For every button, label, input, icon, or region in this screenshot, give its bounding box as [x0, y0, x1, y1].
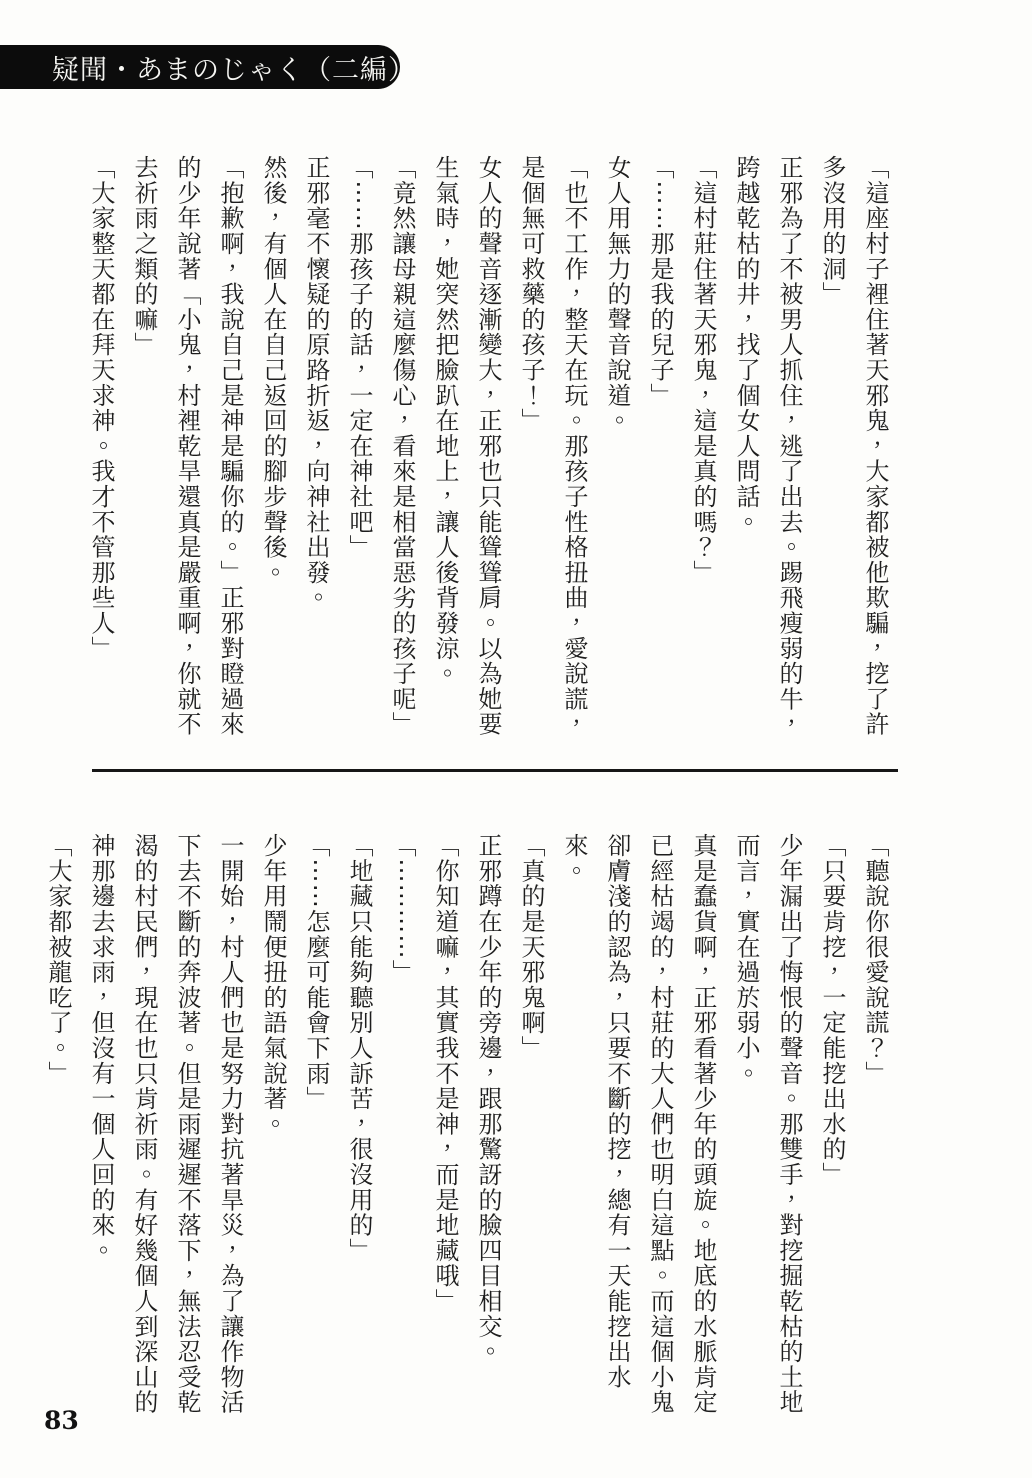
text-section-bottom: 「聽說你很愛說謊？」 「只要肯挖，一定能挖出水的」 少年漏出了悔恨的聲音。那雙手…: [36, 833, 896, 1439]
paragraph: 「⋯⋯怎麼可能會下雨」: [294, 833, 337, 1439]
section-divider-rule: [92, 769, 898, 772]
paragraph: 正邪為了不被男人抓住，逃了出去。踢飛瘦弱的牛，跨越乾枯的井，找了個女人問話。: [724, 155, 810, 749]
chapter-title-badge: 疑聞・あまのじゃく（二編）: [0, 45, 400, 89]
paragraph: 真是蠢貨啊，正邪看著少年的頭旋。地底的水脈肯定已經枯竭的，村莊的大人們也明白這點…: [552, 833, 724, 1439]
paragraph: 「這座村子裡住著天邪鬼，大家都被他欺騙，挖了許多沒用的洞」: [810, 155, 896, 749]
paragraph: 少年漏出了悔恨的聲音。那雙手，對挖掘乾枯的土地而言，實在過於弱小。: [724, 833, 810, 1439]
paragraph: 然後，有個人在自己返回的腳步聲後。: [251, 155, 294, 749]
paragraph: 「⋯⋯那孩子的話，一定在神社吧」: [337, 155, 380, 749]
paragraph: 「真的是天邪鬼啊」: [509, 833, 552, 1439]
paragraph: 「地藏只能夠聽別人訴苦，很沒用的」: [337, 833, 380, 1439]
paragraph: 「竟然讓母親這麼傷心，看來是相當惡劣的孩子呢」: [380, 155, 423, 749]
paragraph: 「聽說你很愛說謊？」: [853, 833, 896, 1439]
paragraph: 「只要肯挖，一定能挖出水的」: [810, 833, 853, 1439]
chapter-title: 疑聞・あまのじゃく（二編）: [52, 48, 416, 87]
paragraph: 女人用無力的聲音說道。: [595, 155, 638, 749]
text-section-top: 「這座村子裡住著天邪鬼，大家都被他欺騙，挖了許多沒用的洞」 正邪為了不被男人抓住…: [79, 155, 896, 749]
paragraph: 「抱歉啊，我說自己是神是騙你的。」正邪對瞪過來的少年說著「小鬼，村裡乾旱還真是嚴…: [122, 155, 251, 749]
paragraph: 正邪毫不懷疑的原路折返，向神社出發。: [294, 155, 337, 749]
paragraph: 「這村莊住著天邪鬼，這是真的嗎？」: [681, 155, 724, 749]
paragraph: 少年用鬧便扭的語氣說著。: [251, 833, 294, 1439]
page-number: 83: [44, 1406, 79, 1435]
paragraph: 「⋯⋯那是我的兒子」: [638, 155, 681, 749]
paragraph: 正邪蹲在少年的旁邊，跟那驚訝的臉四目相交。: [466, 833, 509, 1439]
paragraph: 女人的聲音逐漸變大，正邪也只能聳聳肩。以為她要生氣時，她突然把臉趴在地上，讓人後…: [423, 155, 509, 749]
paragraph: 一開始，村人們也是努力對抗著旱災，為了讓作物活下去不斷的奔波著。但是雨遲遲不落下…: [79, 833, 251, 1439]
paragraph: 「大家整天都在拜天求神。我才不管那些人」: [79, 155, 122, 749]
paragraph: 「大家都被龍吃了。」: [36, 833, 79, 1439]
paragraph: 「也不工作，整天在玩。那孩子性格扭曲，愛說謊，是個無可救藥的孩子！」: [509, 155, 595, 749]
paragraph: 「你知道嘛，其實我不是神，而是地藏哦」: [423, 833, 466, 1439]
novel-page: 疑聞・あまのじゃく（二編） 「這座村子裡住著天邪鬼，大家都被他欺騙，挖了許多沒用…: [0, 0, 1032, 1478]
paragraph: 「⋯⋯⋯⋯」: [380, 833, 423, 1439]
